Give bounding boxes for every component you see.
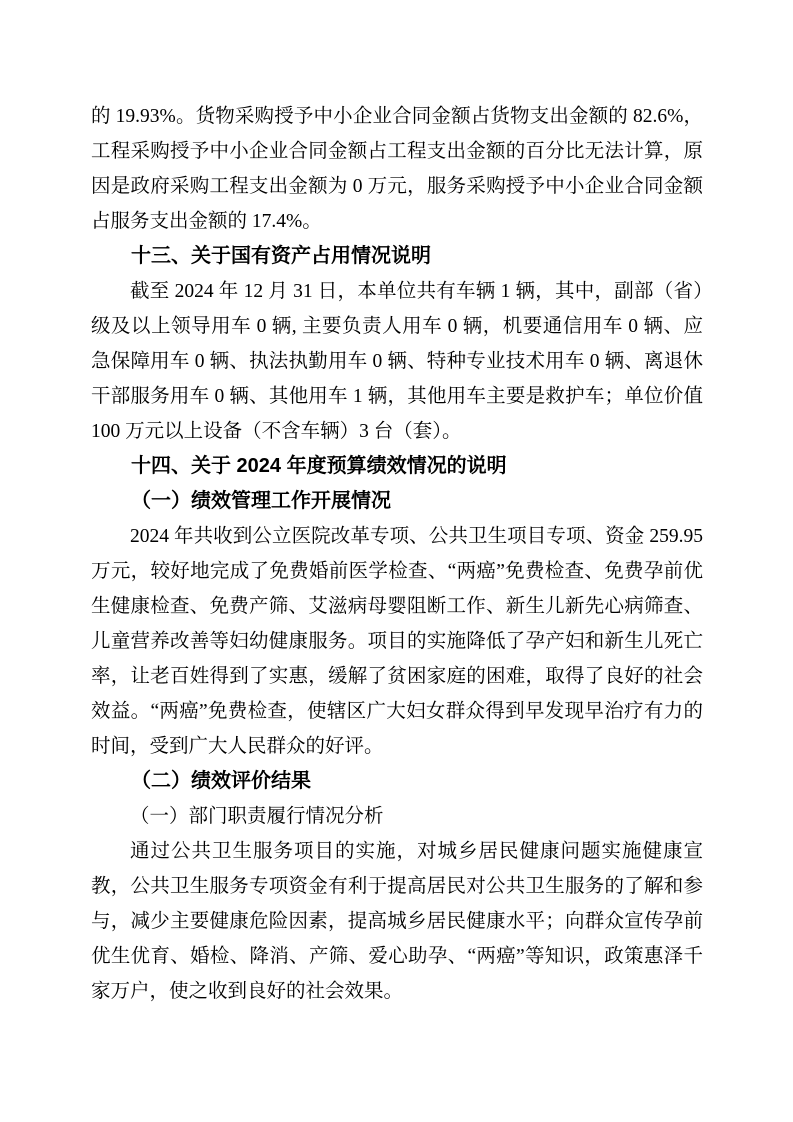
document-body: 的 19.93%。货物采购授予中小企业合同金额占货物支出金额的 82.6%，工程… <box>91 99 703 1009</box>
paragraph-state-assets: 截至 2024 年 12 月 31 日，本单位共有车辆 1 辆，其中，副部（省）… <box>91 274 703 449</box>
subsection-evaluation-results-heading: （二）绩效评价结果 <box>91 764 703 799</box>
paragraph-procurement-continuation: 的 19.93%。货物采购授予中小企业合同金额占货物支出金额的 82.6%，工程… <box>91 99 703 239</box>
document-page: 的 19.93%。货物采购授予中小企业合同金额占货物支出金额的 82.6%，工程… <box>0 0 793 1122</box>
paragraph-performance-work: 2024 年共收到公立医院改革专项、公共卫生项目专项、资金 259.95 万元，… <box>91 519 703 764</box>
paragraph-duty-performance-analysis: 通过公共卫生服务项目的实施，对城乡居民健康问题实施健康宣教，公共卫生服务专项资金… <box>91 834 703 1009</box>
section-13-heading: 十三、关于国有资产占用情况说明 <box>91 239 703 274</box>
subheading-duty-performance-analysis: （一）部门职责履行情况分析 <box>91 799 703 834</box>
subsection-performance-management-heading: （一）绩效管理工作开展情况 <box>91 484 703 519</box>
section-14-heading: 十四、关于 2024 年度预算绩效情况的说明 <box>91 449 703 484</box>
